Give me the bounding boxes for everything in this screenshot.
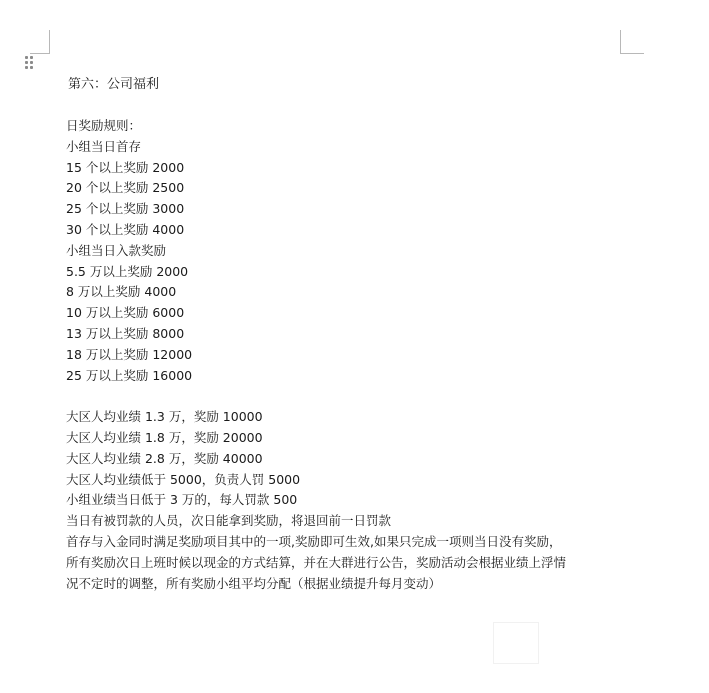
region-performance-rules: 大区人均业绩 1.3 万，奖励 10000 大区人均业绩 1.8 万，奖励 20… bbox=[66, 407, 666, 594]
paragraph-line: 8 万以上奖励 4000 bbox=[66, 282, 666, 303]
paragraph-line: 日奖励规则： bbox=[66, 116, 666, 137]
watermark-logo-icon bbox=[493, 622, 539, 664]
blank-line bbox=[66, 386, 666, 407]
paragraph-line: 大区人均业绩低于 5000，负责人罚 5000 bbox=[66, 470, 666, 491]
paragraph-line: 15 个以上奖励 2000 bbox=[66, 158, 666, 179]
paragraph-line: 小组当日首存 bbox=[66, 137, 666, 158]
page-margin-corner-top-right bbox=[620, 30, 645, 55]
paragraph-line: 10 万以上奖励 6000 bbox=[66, 303, 666, 324]
drag-handle-icon[interactable] bbox=[25, 56, 35, 71]
paragraph-line: 20 个以上奖励 2500 bbox=[66, 178, 666, 199]
paragraph-line: 5.5 万以上奖励 2000 bbox=[66, 262, 666, 283]
section-title: 第六：公司福利 bbox=[68, 75, 666, 95]
paragraph-line: 大区人均业绩 1.3 万，奖励 10000 bbox=[66, 407, 666, 428]
paragraph-line: 18 万以上奖励 12000 bbox=[66, 345, 666, 366]
daily-reward-rules: 日奖励规则： 小组当日首存 15 个以上奖励 2000 20 个以上奖励 250… bbox=[66, 116, 666, 386]
paragraph-line: 小组业绩当日低于 3 万的，每人罚款 500 bbox=[66, 490, 666, 511]
page-margin-corner-top-left bbox=[30, 30, 50, 55]
paragraph-line: 所有奖励次日上班时候以现金的方式结算，并在大群进行公告，奖励活动会根据业绩上浮情 bbox=[66, 553, 666, 574]
paragraph-line: 13 万以上奖励 8000 bbox=[66, 324, 666, 345]
paragraph-line: 25 个以上奖励 3000 bbox=[66, 199, 666, 220]
paragraph-line: 首存与入金同时满足奖励项目其中的一项,奖励即可生效,如果只完成一项则当日没有奖励… bbox=[66, 532, 666, 553]
paragraph-line: 25 万以上奖励 16000 bbox=[66, 366, 666, 387]
document-body[interactable]: 第六：公司福利 日奖励规则： 小组当日首存 15 个以上奖励 2000 20 个… bbox=[66, 75, 666, 594]
paragraph-line: 大区人均业绩 1.8 万，奖励 20000 bbox=[66, 428, 666, 449]
paragraph-line: 大区人均业绩 2.8 万，奖励 40000 bbox=[66, 449, 666, 470]
paragraph-line: 当日有被罚款的人员，次日能拿到奖励，将退回前一日罚款 bbox=[66, 511, 666, 532]
paragraph-line: 30 个以上奖励 4000 bbox=[66, 220, 666, 241]
paragraph-line: 况不定时的调整，所有奖励小组平均分配（根据业绩提升每月变动） bbox=[66, 574, 666, 595]
watermark bbox=[493, 622, 705, 688]
paragraph-line: 小组当日入款奖励 bbox=[66, 241, 666, 262]
